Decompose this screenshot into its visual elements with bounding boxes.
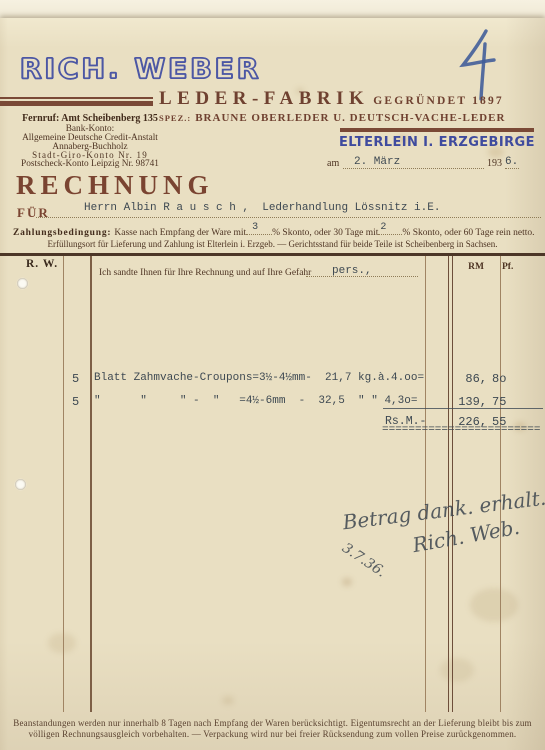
intro-printed: Ich sandte Ihnen für Ihre Rechnung und a… [99, 268, 311, 278]
terms-label: Zahlungsbedingung: [13, 228, 111, 238]
skonto1-typed: 3 [252, 222, 258, 233]
paper-stain [470, 588, 518, 622]
speciality-text: BRAUNE OBERLEDER U. DEUTSCH-VACHE-LEDER [195, 112, 505, 124]
place-name: ELTERLEIN I. ERZGEBIRGE [339, 135, 535, 150]
table-column-line [63, 256, 64, 712]
total-double-rule: ======================== [382, 424, 540, 436]
terms-part1: Kasse nach Empfang der Ware mit [114, 228, 246, 238]
year-printed: 193 [487, 158, 502, 169]
terms-part3: % Skonto, oder 60 Tage rein netto. [402, 228, 534, 238]
handwritten-date: 3.7.36. [339, 540, 389, 581]
footer-conditions: Beanstandungen werden nur innerhalb 8 Ta… [12, 718, 533, 740]
phone-line: Fernruf: Amt Scheibenberg 135 [6, 114, 174, 124]
hole-punch [15, 479, 26, 490]
row-qty: 5 [72, 395, 79, 409]
invoice-paper: RICH. WEBER LEDER-FABRIK GEGRÜNDET 1897 … [0, 18, 545, 750]
row-amount-rm: 86, [425, 372, 487, 386]
rule [340, 128, 534, 132]
paper-stain [342, 578, 352, 586]
hole-punch [17, 278, 28, 289]
contact-block: Fernruf: Amt Scheibenberg 135 Bank-Konto… [6, 114, 174, 169]
paper-stain [48, 633, 76, 653]
footer-line1: Beanstandungen werden nur innerhalb 8 Ta… [12, 718, 533, 729]
paper-stain [440, 658, 474, 682]
row-description: " " " - " =4½-6mm - 32,5 " " 4,3o= [94, 395, 417, 407]
date-typed: 2. März [354, 156, 400, 168]
year-typed: 6. [505, 156, 518, 168]
business-name: LEDER-FABRIK [159, 88, 369, 110]
invoice-photo: { "colors": { "paper": "#e9dfc2", "print… [0, 0, 545, 750]
table-column-line [452, 256, 453, 712]
subtotal-underline [383, 408, 543, 409]
skonto2-blank: 2 [378, 225, 402, 235]
date-prefix: am [327, 158, 339, 169]
table-column-line [448, 256, 449, 712]
column-header-rw: R. W. [26, 258, 58, 270]
company-logo: RICH. WEBER [20, 52, 261, 85]
row-qty: 5 [72, 372, 79, 386]
terms-line2: Erfüllungsort für Lieferung und Zahlung … [0, 239, 545, 249]
rule [0, 101, 153, 106]
row-amount-pf: 8o [492, 372, 526, 386]
invoice-row: 5 Blatt Zahmvache-Croupons=3½-4½mm- 21,7… [0, 372, 545, 387]
rule [0, 97, 153, 99]
postscheck-line: Postscheck-Konto Leipzig Nr. 98741 [6, 160, 174, 169]
table-column-line [425, 256, 426, 712]
recipient-line [36, 208, 541, 218]
paper-stain [222, 696, 234, 705]
footer-line2: völligen Rechnungsausgleich vorbehalten.… [12, 729, 533, 740]
business-line: LEDER-FABRIK GEGRÜNDET 1897 [159, 88, 504, 110]
skonto2-typed: 2 [380, 222, 386, 233]
terms-line1: Zahlungsbedingung: Kasse nach Empfang de… [13, 225, 535, 238]
intro-typed: pers., [332, 265, 372, 277]
speciality-line: SPEZ.: BRAUNE OBERLEDER U. DEUTSCH-VACHE… [159, 112, 505, 124]
skonto1-blank: 3 [246, 225, 272, 235]
founded-text: GEGRÜNDET 1897 [373, 95, 504, 107]
row-amount-rm: 139, [425, 395, 487, 409]
row-description: Blatt Zahmvache-Croupons=3½-4½mm- 21,7 k… [94, 372, 424, 384]
document-title: RECHNUNG [16, 170, 214, 201]
terms-part2: % Skonto, oder 30 Tage mit [272, 228, 378, 238]
table-top-rule [0, 253, 545, 256]
column-header-pf: Pf. [502, 262, 513, 272]
row-amount-pf: 75 [492, 395, 526, 409]
table-column-line [500, 256, 501, 712]
column-header-rm: RM [453, 262, 499, 272]
table-column-line [90, 256, 92, 712]
